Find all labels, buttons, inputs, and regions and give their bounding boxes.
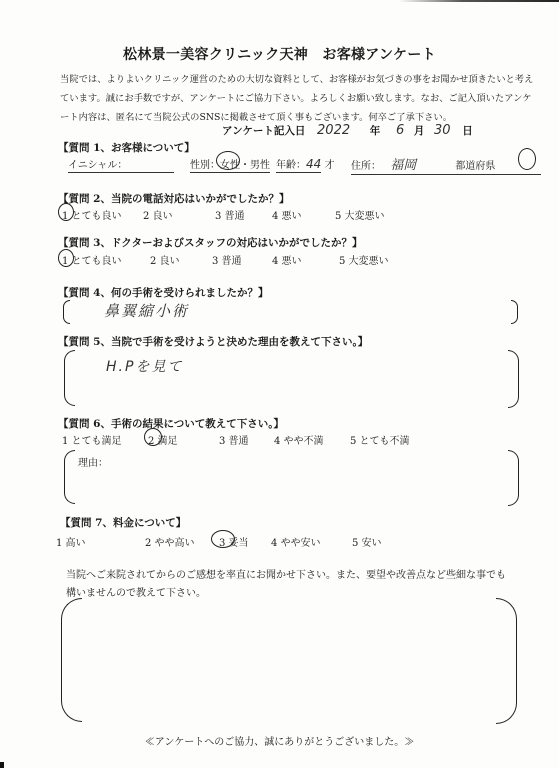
- age-value[interactable]: 44: [306, 157, 321, 171]
- q3-option-4[interactable]: 4 悪い: [272, 252, 302, 267]
- document-title: 松林景一美容クリニック天神 お客様アンケート: [0, 44, 559, 64]
- feedback-answer-area[interactable]: [85, 610, 485, 710]
- q2-option-5[interactable]: 5 大変悪い: [335, 207, 385, 222]
- intro-paragraph: 当院では、よりよいクリニック運営のための大切な資料として、お客様がお気づきの事を…: [60, 70, 500, 127]
- q6-option-4[interactable]: 4 やや不満: [274, 432, 324, 447]
- date-year-unit: 年: [370, 125, 381, 137]
- thank-you-footer: ≪アンケートへのご協力、誠にありがとうございました。≫: [0, 733, 559, 748]
- q5-bracket-right: [508, 350, 519, 408]
- scan-edge: [398, 0, 559, 2]
- address-value[interactable]: 福岡: [390, 158, 416, 173]
- q3-selection-circle: [58, 249, 74, 267]
- prefecture-suffix: 都道府県: [455, 161, 495, 172]
- age-label: 年齢：44: [276, 160, 321, 173]
- q2-option-2[interactable]: 2 良い: [143, 207, 173, 222]
- q7-option-2[interactable]: 2 やや高い: [145, 534, 195, 549]
- q4-bracket-right: [511, 300, 518, 324]
- q4-bracket-left: [63, 300, 70, 324]
- q7-option-1[interactable]: 1 高い: [56, 534, 86, 549]
- q1-heading: 【質問 1、お客様について】: [58, 140, 195, 155]
- q7-selection-circle: [211, 530, 235, 548]
- gender-option-male[interactable]: 男性: [250, 160, 270, 171]
- q7-option-4[interactable]: 4 やや安い: [271, 534, 321, 549]
- q6-option-1[interactable]: 1 とても満足: [62, 432, 122, 447]
- age-unit: 才: [324, 160, 334, 171]
- q3-option-2[interactable]: 2 良い: [150, 252, 180, 267]
- q3-option-3[interactable]: 3 普通: [212, 252, 242, 267]
- intro-line: ています。誠にお手数ですが、アンケートにご協力下さい。よろしくお願い致します。な…: [60, 89, 500, 108]
- q5-heading: 【質問 5、当院で手術を受けようと決めた理由を教えて下さい。】: [58, 334, 368, 349]
- age-field: 年齢：44 才: [276, 156, 334, 171]
- q4-heading: 【質問 4、何の手術を受けられましたか？】: [58, 285, 268, 300]
- feedback-bracket-right: [496, 598, 517, 724]
- scan-mark: [0, 762, 4, 768]
- feedback-prompt-line: 構いませんので教えて下さい。: [66, 585, 506, 603]
- feedback-bracket-left: [61, 598, 82, 722]
- intro-line: 当院では、よりよいクリニック運営のための大切な資料として、お客様がお気づきの事を…: [60, 70, 500, 89]
- q3-heading: 【質問 3、ドクターおよびスタッフの対応はいかがでしたか？】: [58, 235, 363, 250]
- q6-bracket-right: [508, 450, 519, 506]
- q2-heading: 【質問 2、当院の電話対応はいかがでしたか？】: [58, 191, 289, 206]
- date-year[interactable]: 2022: [317, 123, 350, 138]
- feedback-prompt-line: 当院へご来院されてからのご感想を率直にお聞かせ下さい。また、要望や改善点など些細…: [66, 567, 506, 585]
- q6-option-5[interactable]: 5 とても不満: [350, 432, 410, 447]
- q7-option-5[interactable]: 5 安い: [352, 534, 382, 549]
- q7-heading: 【質問 7、料金について】: [60, 515, 186, 530]
- q5-answer[interactable]: H.Pを見て: [106, 356, 183, 376]
- q4-answer[interactable]: 鼻翼縮小術: [104, 300, 189, 321]
- date-label: アンケート記入日: [222, 125, 305, 137]
- date-month-unit: 月: [414, 125, 425, 137]
- q6-reason-label: 理由：: [78, 454, 108, 469]
- q6-heading: 【質問 6、手術の結果について教えて下さい。】: [58, 416, 284, 431]
- q3-option-5[interactable]: 5 大変悪い: [339, 252, 389, 267]
- date-month[interactable]: 6: [396, 123, 404, 138]
- initial-label: イニシャル：: [68, 156, 174, 173]
- gender-selection-circle: [216, 151, 240, 170]
- q5-bracket-left: [64, 350, 75, 406]
- q6-bracket-left: [64, 450, 75, 504]
- date-day[interactable]: 30: [434, 123, 451, 138]
- q2-option-4[interactable]: 4 悪い: [272, 207, 302, 222]
- q6-option-3[interactable]: 3 普通: [219, 432, 249, 447]
- prefecture-selection-circle: [518, 148, 536, 170]
- q6-selection-circle: [144, 428, 162, 446]
- feedback-prompt: 当院へご来院されてからのご感想を率直にお聞かせ下さい。また、要望や改善点など些細…: [66, 567, 506, 603]
- address-label: 住所：: [351, 161, 381, 172]
- q2-selection-circle: [58, 203, 74, 221]
- q2-option-3[interactable]: 3 普通: [215, 207, 245, 222]
- address-field: 住所： 福岡 都道府県: [351, 154, 541, 175]
- initial-field[interactable]: イニシャル：: [68, 156, 174, 173]
- date-day-unit: 日: [462, 125, 473, 137]
- survey-date: アンケート記入日 2022 年 6 月 30 日: [222, 123, 473, 138]
